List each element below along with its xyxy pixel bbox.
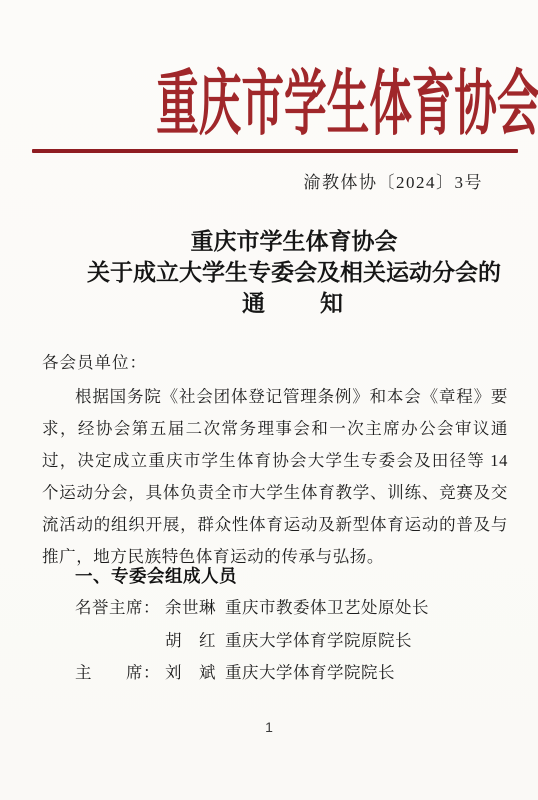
document-title-line3: 通 知 bbox=[50, 288, 538, 319]
page-number: 1 bbox=[0, 719, 538, 735]
member-title: 重庆大学体育学院院长 bbox=[225, 659, 395, 683]
member-role: 名誉主席： bbox=[75, 594, 165, 618]
member-name: 胡 红 bbox=[165, 627, 225, 651]
document-title: 重庆市学生体育协会 关于成立大学生专委会及相关运动分会的 通 知 bbox=[50, 226, 538, 319]
member-title: 重庆市教委体卫艺处原处长 bbox=[225, 594, 429, 618]
letterhead-banner: 重庆市学生体育协会文件 bbox=[0, 64, 538, 146]
document-number: 渝教体协〔2024〕3号 bbox=[304, 168, 484, 193]
scanned-official-document: 重庆市学生体育协会文件 渝教体协〔2024〕3号 重庆市学生体育协会 关于成立大… bbox=[0, 0, 538, 800]
member-row: 胡 红 重庆大学体育学院原院长 bbox=[75, 623, 429, 656]
member-row: 主 席： 刘 斌 重庆大学体育学院院长 bbox=[75, 655, 429, 688]
document-title-line2: 关于成立大学生专委会及相关运动分会的 bbox=[50, 257, 538, 288]
letterhead-banner-text: 重庆市学生体育协会文件 bbox=[156, 64, 538, 146]
member-name: 余世琳 bbox=[165, 594, 225, 618]
member-title: 重庆大学体育学院原院长 bbox=[225, 627, 412, 651]
document-title-line1: 重庆市学生体育协会 bbox=[50, 226, 538, 257]
member-row: 名誉主席： 余世琳 重庆市教委体卫艺处原处长 bbox=[75, 590, 429, 623]
member-role: 主 席： bbox=[75, 659, 165, 683]
salutation: 各会员单位： bbox=[42, 349, 147, 373]
letterhead-divider bbox=[32, 149, 518, 153]
section-heading-committee-members: 一、专委会组成人员 bbox=[75, 563, 237, 588]
members-list: 名誉主席： 余世琳 重庆市教委体卫艺处原处长 胡 红 重庆大学体育学院原院长 主… bbox=[75, 590, 429, 688]
body-paragraph: 根据国务院《社会团体登记管理条例》和本会《章程》要求，经协会第五届二次常务理事会… bbox=[42, 381, 508, 573]
member-name: 刘 斌 bbox=[165, 659, 225, 683]
